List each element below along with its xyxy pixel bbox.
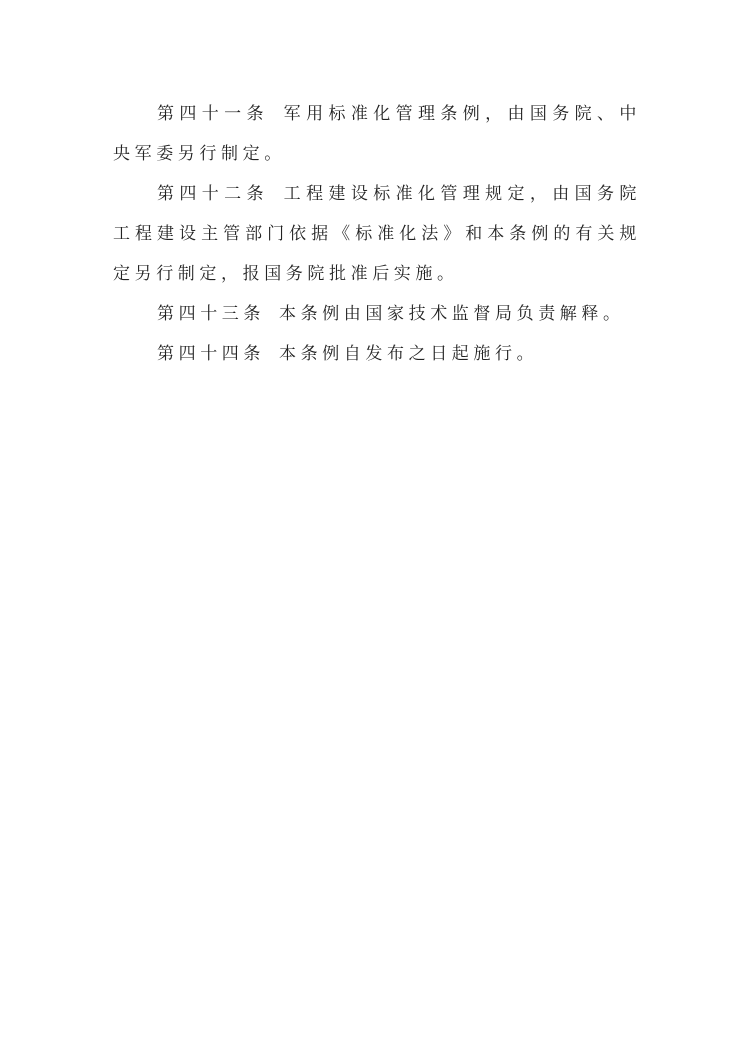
article-number: 第四十四条 <box>157 344 265 364</box>
article-44: 第四十四条本条例自发布之日起施行。 <box>113 334 641 374</box>
article-41: 第四十一条军用标准化管理条例，由国务院、中央军委另行制定。 <box>113 94 641 174</box>
article-42: 第四十二条工程建设标准化管理规定，由国务院工程建设主管部门依据《标准化法》和本条… <box>113 174 641 294</box>
article-43: 第四十三条本条例由国家技术监督局负责解释。 <box>113 294 641 334</box>
article-number: 第四十一条 <box>157 104 269 124</box>
article-number: 第四十三条 <box>157 304 265 324</box>
article-text: 本条例自发布之日起施行。 <box>279 344 538 364</box>
article-text: 本条例由国家技术监督局负责解释。 <box>279 304 625 324</box>
document-page: 第四十一条军用标准化管理条例，由国务院、中央军委另行制定。 第四十二条工程建设标… <box>0 0 750 1060</box>
article-number: 第四十二条 <box>157 184 269 204</box>
document-body: 第四十一条军用标准化管理条例，由国务院、中央军委另行制定。 第四十二条工程建设标… <box>113 94 641 374</box>
